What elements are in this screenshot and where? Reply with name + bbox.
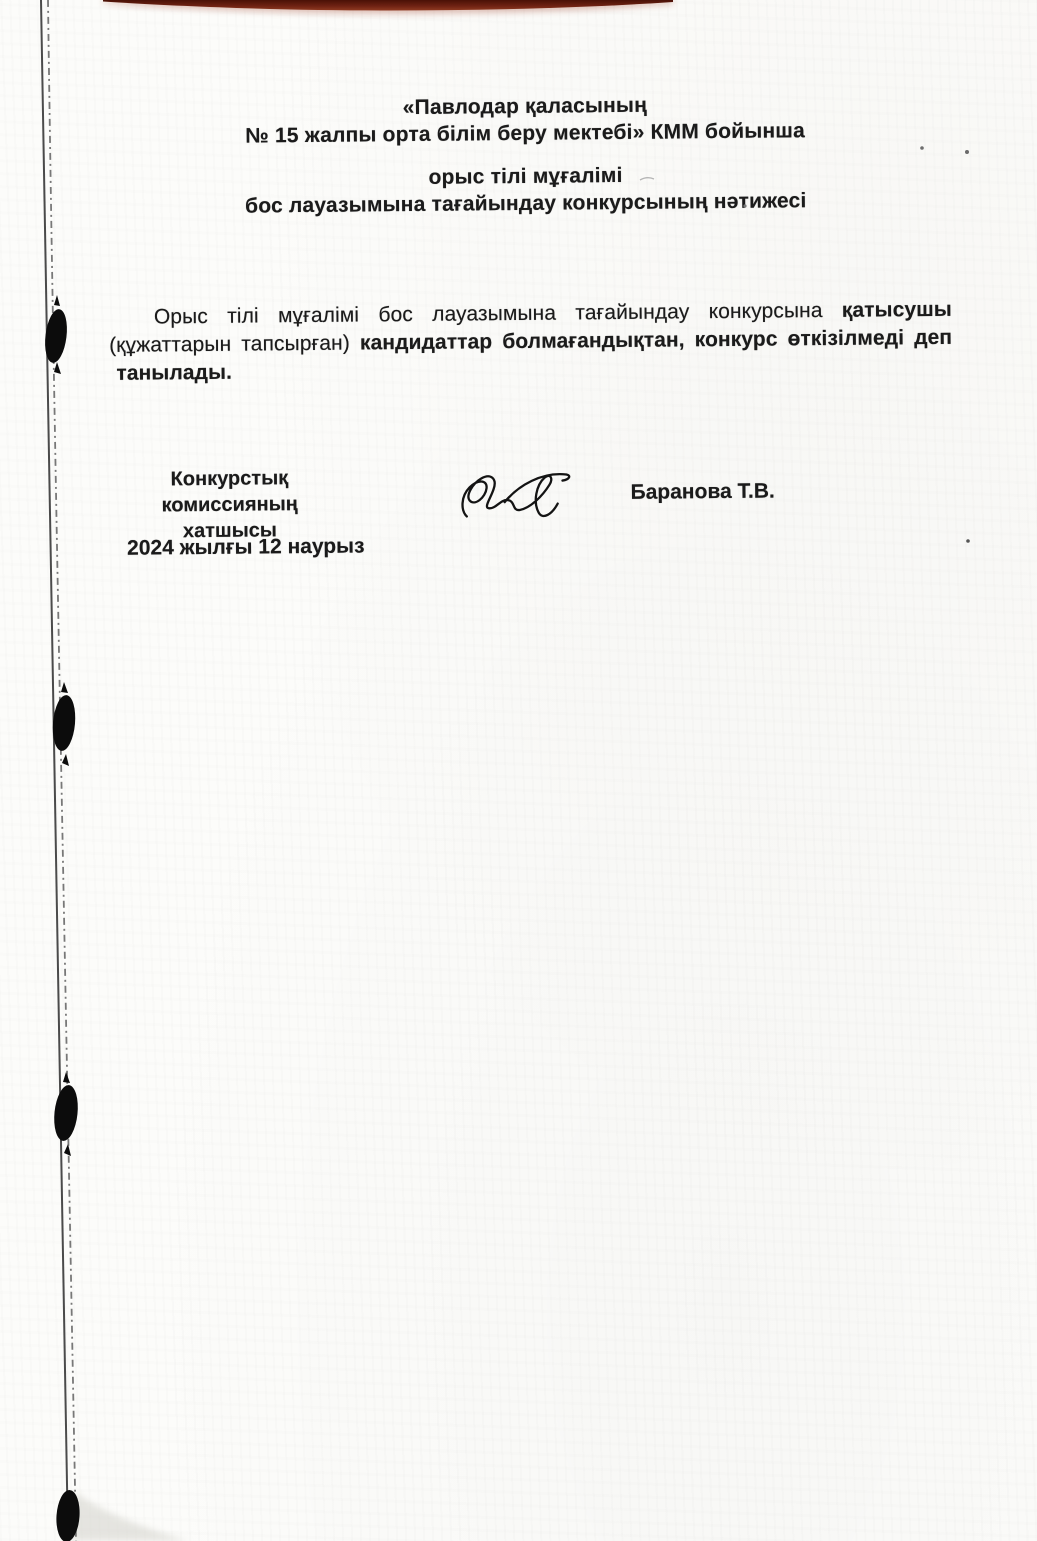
signature-scribble-icon (450, 457, 581, 536)
document-content: «Павлодар қаласының № 15 жалпы орта білі… (0, 0, 1037, 1541)
body-line1-regular: Орыс тілі мұғалімі бос лауазымына тағайы… (154, 299, 823, 328)
body-paragraph: Орыс тілі мұғалімі бос лауазымына тағайы… (109, 296, 953, 388)
body-line3-bold: танылады. (116, 361, 232, 385)
signer-role-line1: Конкурстық комиссияның (131, 465, 327, 519)
signer-role: Конкурстық комиссияның хатшысы (131, 465, 328, 545)
body-line2-regular: (құжаттарын тапсырған) (109, 332, 350, 357)
body-line2-bold: кандидаттар болмағандықтан, конкурс өткі… (360, 326, 952, 355)
subject-header: орыс тілі мұғалімі бос лауазымына тағайы… (125, 159, 925, 221)
document-date: 2024 жылғы 12 наурыз (127, 534, 365, 560)
org-header: «Павлодар қаласының № 15 жалпы орта білі… (125, 89, 925, 151)
body-line1-bold: қатысушы (842, 298, 952, 322)
signer-name: Баранова Т.В. (630, 480, 774, 505)
scanned-document-page: { "header": { "org_line1": "«Павлодар қа… (0, 0, 1037, 1541)
